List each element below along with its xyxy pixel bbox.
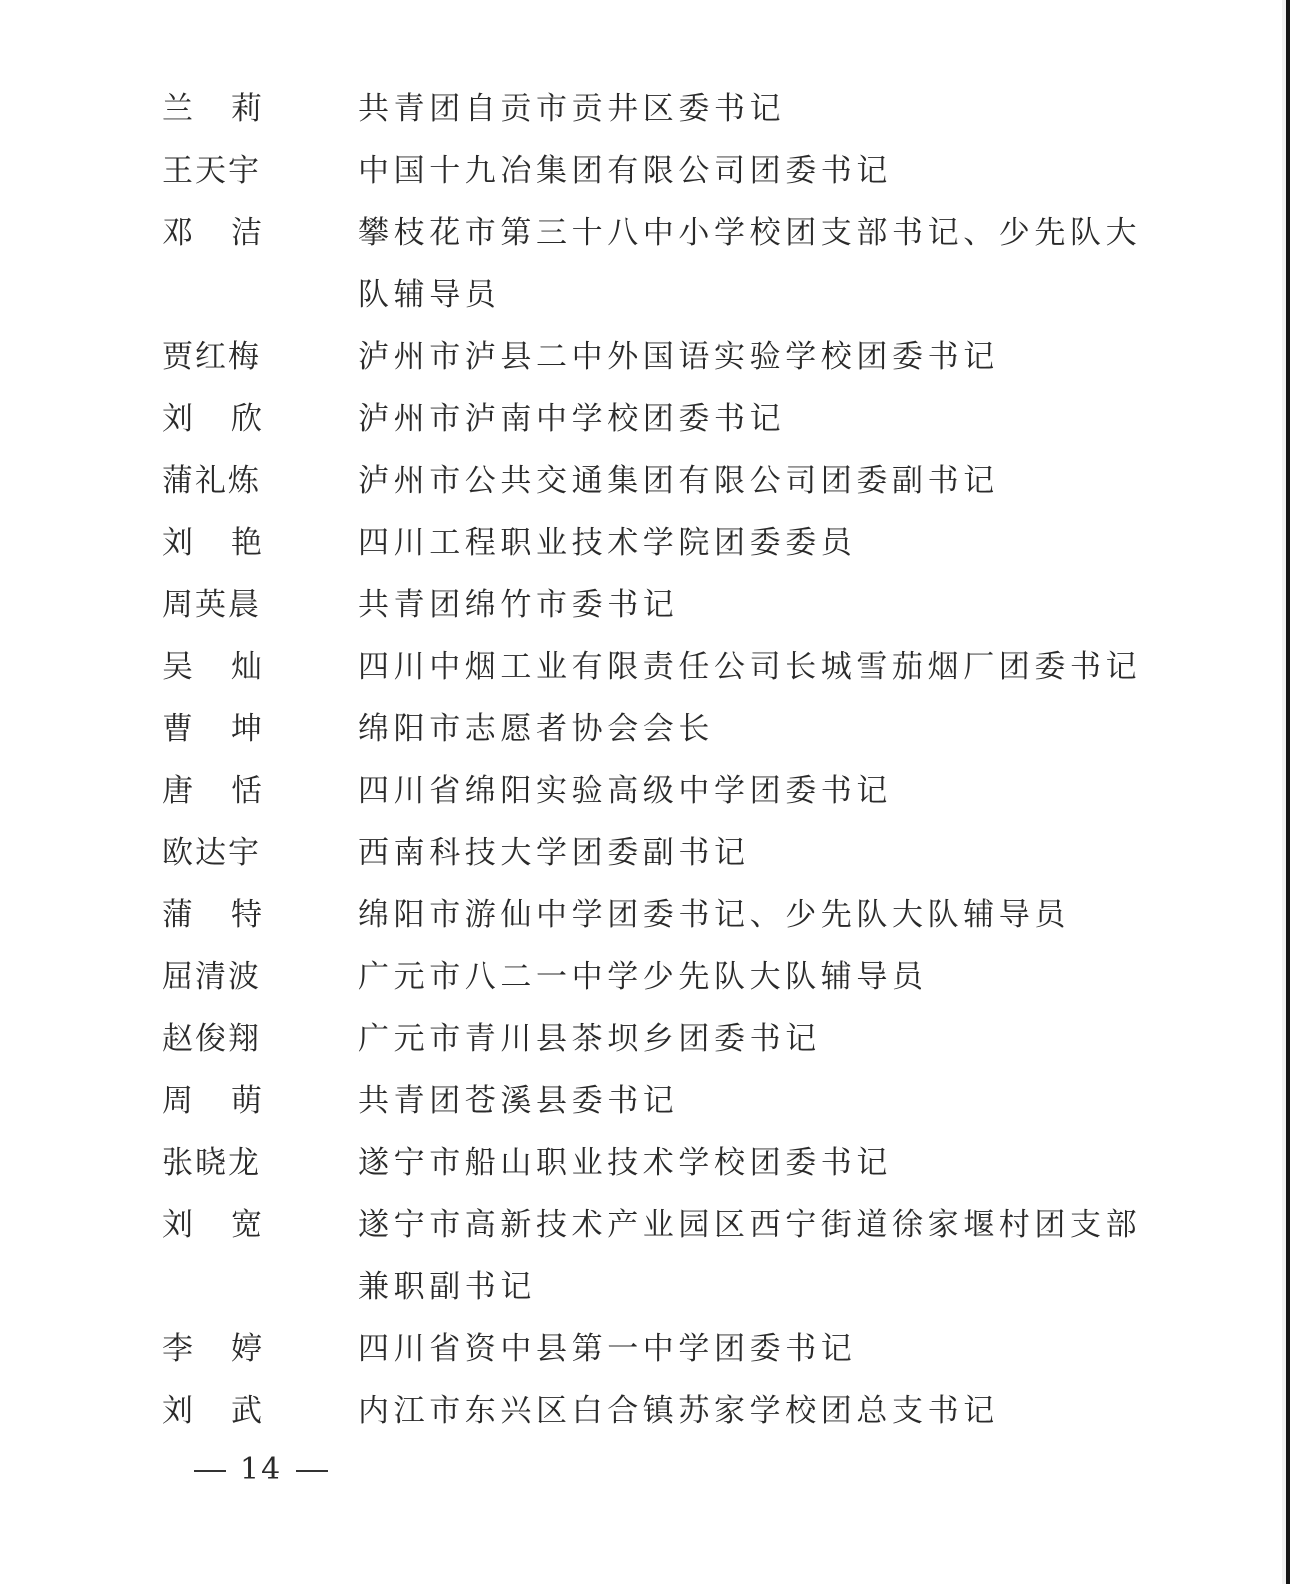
person-title: 四川中烟工业有限责任公司长城雪茄烟厂团委书记: [358, 636, 1148, 698]
name-char: 炼: [228, 450, 261, 512]
list-item: 兰莉共青团自贡市贡井区委书记: [162, 78, 1162, 140]
name-char: 婷: [231, 1318, 262, 1380]
person-name: 王天宇: [162, 140, 358, 202]
person-name: 刘武: [162, 1380, 358, 1442]
name-char: 蒲: [162, 884, 193, 946]
name-char: 吴: [162, 636, 193, 698]
name-char: 清: [195, 946, 228, 1008]
name-char: 坤: [231, 698, 262, 760]
person-title: 共青团苍溪县委书记: [358, 1070, 1148, 1132]
name-char: 屈: [162, 946, 195, 1008]
name-char: 刘: [162, 512, 193, 574]
person-title: 广元市青川县茶坝乡团委书记: [358, 1008, 1148, 1070]
name-char: 欧: [162, 822, 195, 884]
list-item: 贾红梅泸州市泸县二中外国语实验学校团委书记: [162, 326, 1162, 388]
name-char: 宽: [231, 1194, 262, 1256]
name-char: 刘: [162, 1380, 193, 1442]
person-title: 四川工程职业技术学院团委委员: [358, 512, 1148, 574]
person-name: 蒲礼炼: [162, 450, 358, 512]
name-char: 宇: [228, 140, 261, 202]
name-char: 翔: [228, 1008, 261, 1070]
person-title: 广元市八二一中学少先队大队辅导员: [358, 946, 1148, 1008]
person-title: 泸州市泸县二中外国语实验学校团委书记: [358, 326, 1148, 388]
list-item: 张晓龙遂宁市船山职业技术学校团委书记: [162, 1132, 1162, 1194]
name-char: 洁: [231, 202, 262, 264]
name-char: 晨: [228, 574, 261, 636]
name-list: 兰莉共青团自贡市贡井区委书记王天宇中国十九冶集团有限公司团委书记邓洁攀枝花市第三…: [162, 78, 1162, 1442]
name-char: 红: [195, 326, 228, 388]
person-name: 吴灿: [162, 636, 358, 698]
person-name: 贾红梅: [162, 326, 358, 388]
list-item: 刘欣泸州市泸南中学校团委书记: [162, 388, 1162, 450]
name-char: 王: [162, 140, 195, 202]
name-char: 萌: [231, 1070, 262, 1132]
person-name: 刘艳: [162, 512, 358, 574]
name-char: 天: [195, 140, 228, 202]
name-char: 周: [162, 1070, 193, 1132]
page-edge-border: [1286, 0, 1290, 1584]
person-title: 泸州市公共交通集团有限公司团委副书记: [358, 450, 1148, 512]
person-name: 周英晨: [162, 574, 358, 636]
name-char: 波: [228, 946, 261, 1008]
name-char: 武: [231, 1380, 262, 1442]
dash-left: [194, 1470, 226, 1472]
person-title: 遂宁市高新技术产业园区西宁街道徐家堰村团支部兼职副书记: [358, 1194, 1148, 1318]
name-char: 龙: [228, 1132, 261, 1194]
dash-right: [296, 1470, 328, 1472]
person-title: 绵阳市游仙中学团委书记、少先队大队辅导员: [358, 884, 1148, 946]
name-char: 俊: [195, 1008, 228, 1070]
name-char: 贾: [162, 326, 195, 388]
person-title: 共青团绵竹市委书记: [358, 574, 1148, 636]
document-page: 兰莉共青团自贡市贡井区委书记王天宇中国十九冶集团有限公司团委书记邓洁攀枝花市第三…: [0, 0, 1282, 1584]
name-char: 邓: [162, 202, 193, 264]
list-item: 吴灿四川中烟工业有限责任公司长城雪茄烟厂团委书记: [162, 636, 1162, 698]
list-item: 周英晨共青团绵竹市委书记: [162, 574, 1162, 636]
list-item: 王天宇中国十九冶集团有限公司团委书记: [162, 140, 1162, 202]
name-char: 英: [195, 574, 228, 636]
person-name: 蒲特: [162, 884, 358, 946]
list-item: 邓洁攀枝花市第三十八中小学校团支部书记、少先队大队辅导员: [162, 202, 1162, 326]
name-char: 唐: [162, 760, 193, 822]
person-name: 屈清波: [162, 946, 358, 1008]
page-number-value: 14: [240, 1452, 282, 1487]
list-item: 赵俊翔广元市青川县茶坝乡团委书记: [162, 1008, 1162, 1070]
list-item: 曹坤绵阳市志愿者协会会长: [162, 698, 1162, 760]
name-char: 周: [162, 574, 195, 636]
name-char: 兰: [162, 78, 193, 140]
name-char: 蒲: [162, 450, 195, 512]
person-title: 攀枝花市第三十八中小学校团支部书记、少先队大队辅导员: [358, 202, 1148, 326]
person-name: 刘欣: [162, 388, 358, 450]
name-char: 赵: [162, 1008, 195, 1070]
person-title: 共青团自贡市贡井区委书记: [358, 78, 1148, 140]
name-char: 宇: [228, 822, 261, 884]
person-name: 兰莉: [162, 78, 358, 140]
name-char: 恬: [231, 760, 262, 822]
person-title: 泸州市泸南中学校团委书记: [358, 388, 1148, 450]
name-char: 晓: [195, 1132, 228, 1194]
list-item: 欧达宇西南科技大学团委副书记: [162, 822, 1162, 884]
person-title: 四川省资中县第一中学团委书记: [358, 1318, 1148, 1380]
name-char: 灿: [231, 636, 262, 698]
name-char: 李: [162, 1318, 193, 1380]
name-char: 梅: [228, 326, 261, 388]
list-item: 刘艳四川工程职业技术学院团委委员: [162, 512, 1162, 574]
page-number: 14: [180, 1452, 342, 1487]
list-item: 蒲礼炼泸州市公共交通集团有限公司团委副书记: [162, 450, 1162, 512]
person-name: 曹坤: [162, 698, 358, 760]
list-item: 刘宽遂宁市高新技术产业园区西宁街道徐家堰村团支部兼职副书记: [162, 1194, 1162, 1318]
person-title: 绵阳市志愿者协会会长: [358, 698, 1148, 760]
list-item: 蒲特绵阳市游仙中学团委书记、少先队大队辅导员: [162, 884, 1162, 946]
list-item: 屈清波广元市八二一中学少先队大队辅导员: [162, 946, 1162, 1008]
person-name: 唐恬: [162, 760, 358, 822]
list-item: 刘武内江市东兴区白合镇苏家学校团总支书记: [162, 1380, 1162, 1442]
name-char: 张: [162, 1132, 195, 1194]
person-name: 李婷: [162, 1318, 358, 1380]
name-char: 欣: [231, 388, 262, 450]
person-name: 刘宽: [162, 1194, 358, 1256]
name-char: 礼: [195, 450, 228, 512]
name-char: 艳: [231, 512, 262, 574]
person-title: 四川省绵阳实验高级中学团委书记: [358, 760, 1148, 822]
name-char: 特: [231, 884, 262, 946]
list-item: 周萌共青团苍溪县委书记: [162, 1070, 1162, 1132]
person-name: 邓洁: [162, 202, 358, 264]
person-name: 欧达宇: [162, 822, 358, 884]
person-title: 西南科技大学团委副书记: [358, 822, 1148, 884]
name-char: 曹: [162, 698, 193, 760]
person-title: 中国十九冶集团有限公司团委书记: [358, 140, 1148, 202]
person-name: 周萌: [162, 1070, 358, 1132]
name-char: 刘: [162, 1194, 193, 1256]
name-char: 达: [195, 822, 228, 884]
list-item: 唐恬四川省绵阳实验高级中学团委书记: [162, 760, 1162, 822]
name-char: 莉: [231, 78, 262, 140]
person-name: 张晓龙: [162, 1132, 358, 1194]
list-item: 李婷四川省资中县第一中学团委书记: [162, 1318, 1162, 1380]
person-title: 内江市东兴区白合镇苏家学校团总支书记: [358, 1380, 1148, 1442]
person-title: 遂宁市船山职业技术学校团委书记: [358, 1132, 1148, 1194]
person-name: 赵俊翔: [162, 1008, 358, 1070]
name-char: 刘: [162, 388, 193, 450]
